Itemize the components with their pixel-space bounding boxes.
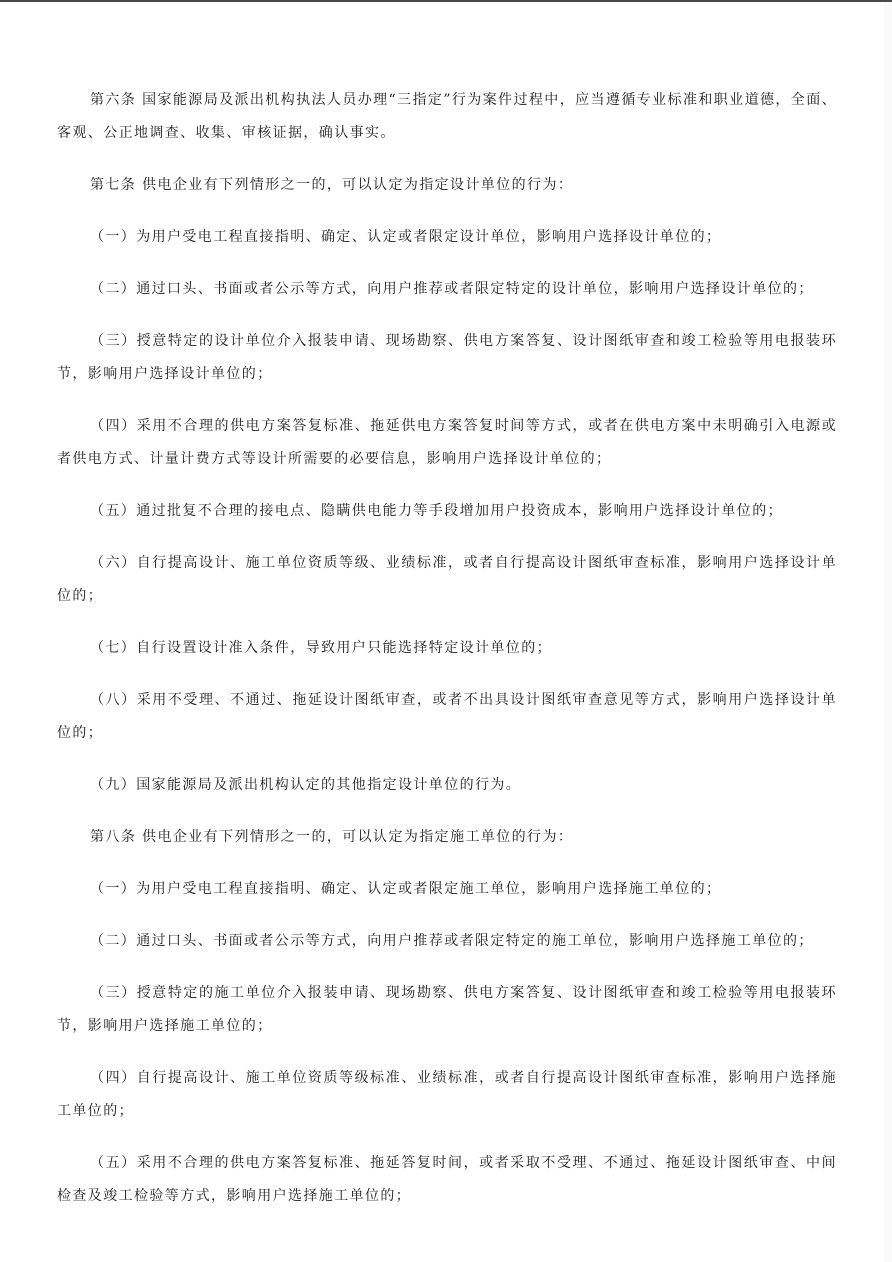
article-7-item-3: （三）授意特定的设计单位介入报装申请、现场勘察、供电方案答复、设计图纸审查和竣工… [57,325,837,391]
page-top-border [0,0,892,2]
article-7-item-8: （八）采用不受理、不通过、拖延设计图纸审查，或者不出具设计图纸审查意见等方式，影… [57,684,837,750]
document-page: 第六条 国家能源局及派出机构执法人员办理“三指定”行为案件过程中，应当遵循专业标… [57,84,837,1232]
article-8-item-2: （二）通过口头、书面或者公示等方式，向用户推荐或者限定特定的施工单位，影响用户选… [57,925,837,958]
article-8-item-5: （五）采用不合理的供电方案答复标准、拖延答复时间，或者采取不受理、不通过、拖延设… [57,1147,837,1213]
article-7-item-9: （九）国家能源局及派出机构认定的其他指定设计单位的行为。 [57,769,837,802]
article-7-item-6: （六）自行提高设计、施工单位资质等级、业绩标准，或者自行提高设计图纸审查标准，影… [57,547,837,613]
article-7-heading: 第七条 供电企业有下列情形之一的，可以认定为指定设计单位的行为： [57,169,837,202]
article-7-item-5: （五）通过批复不合理的接电点、隐瞒供电能力等手段增加用户投资成本，影响用户选择设… [57,495,837,528]
article-7-item-4: （四）采用不合理的供电方案答复标准、拖延供电方案答复时间等方式，或者在供电方案中… [57,410,837,476]
article-7-item-7: （七）自行设置设计准入条件，导致用户只能选择特定设计单位的； [57,632,837,665]
article-6-paragraph: 第六条 国家能源局及派出机构执法人员办理“三指定”行为案件过程中，应当遵循专业标… [57,84,837,150]
page-right-edge [884,2,892,1262]
article-8-item-1: （一）为用户受电工程直接指明、确定、认定或者限定施工单位，影响用户选择施工单位的… [57,873,837,906]
article-7-item-1: （一）为用户受电工程直接指明、确定、认定或者限定设计单位，影响用户选择设计单位的… [57,221,837,254]
article-8-item-3: （三）授意特定的施工单位介入报装申请、现场勘察、供电方案答复、设计图纸审查和竣工… [57,977,837,1043]
article-8-item-4: （四）自行提高设计、施工单位资质等级标准、业绩标准，或者自行提高设计图纸审查标准… [57,1062,837,1128]
article-7-item-2: （二）通过口头、书面或者公示等方式，向用户推荐或者限定特定的设计单位，影响用户选… [57,273,837,306]
article-8-heading: 第八条 供电企业有下列情形之一的，可以认定为指定施工单位的行为： [57,821,837,854]
